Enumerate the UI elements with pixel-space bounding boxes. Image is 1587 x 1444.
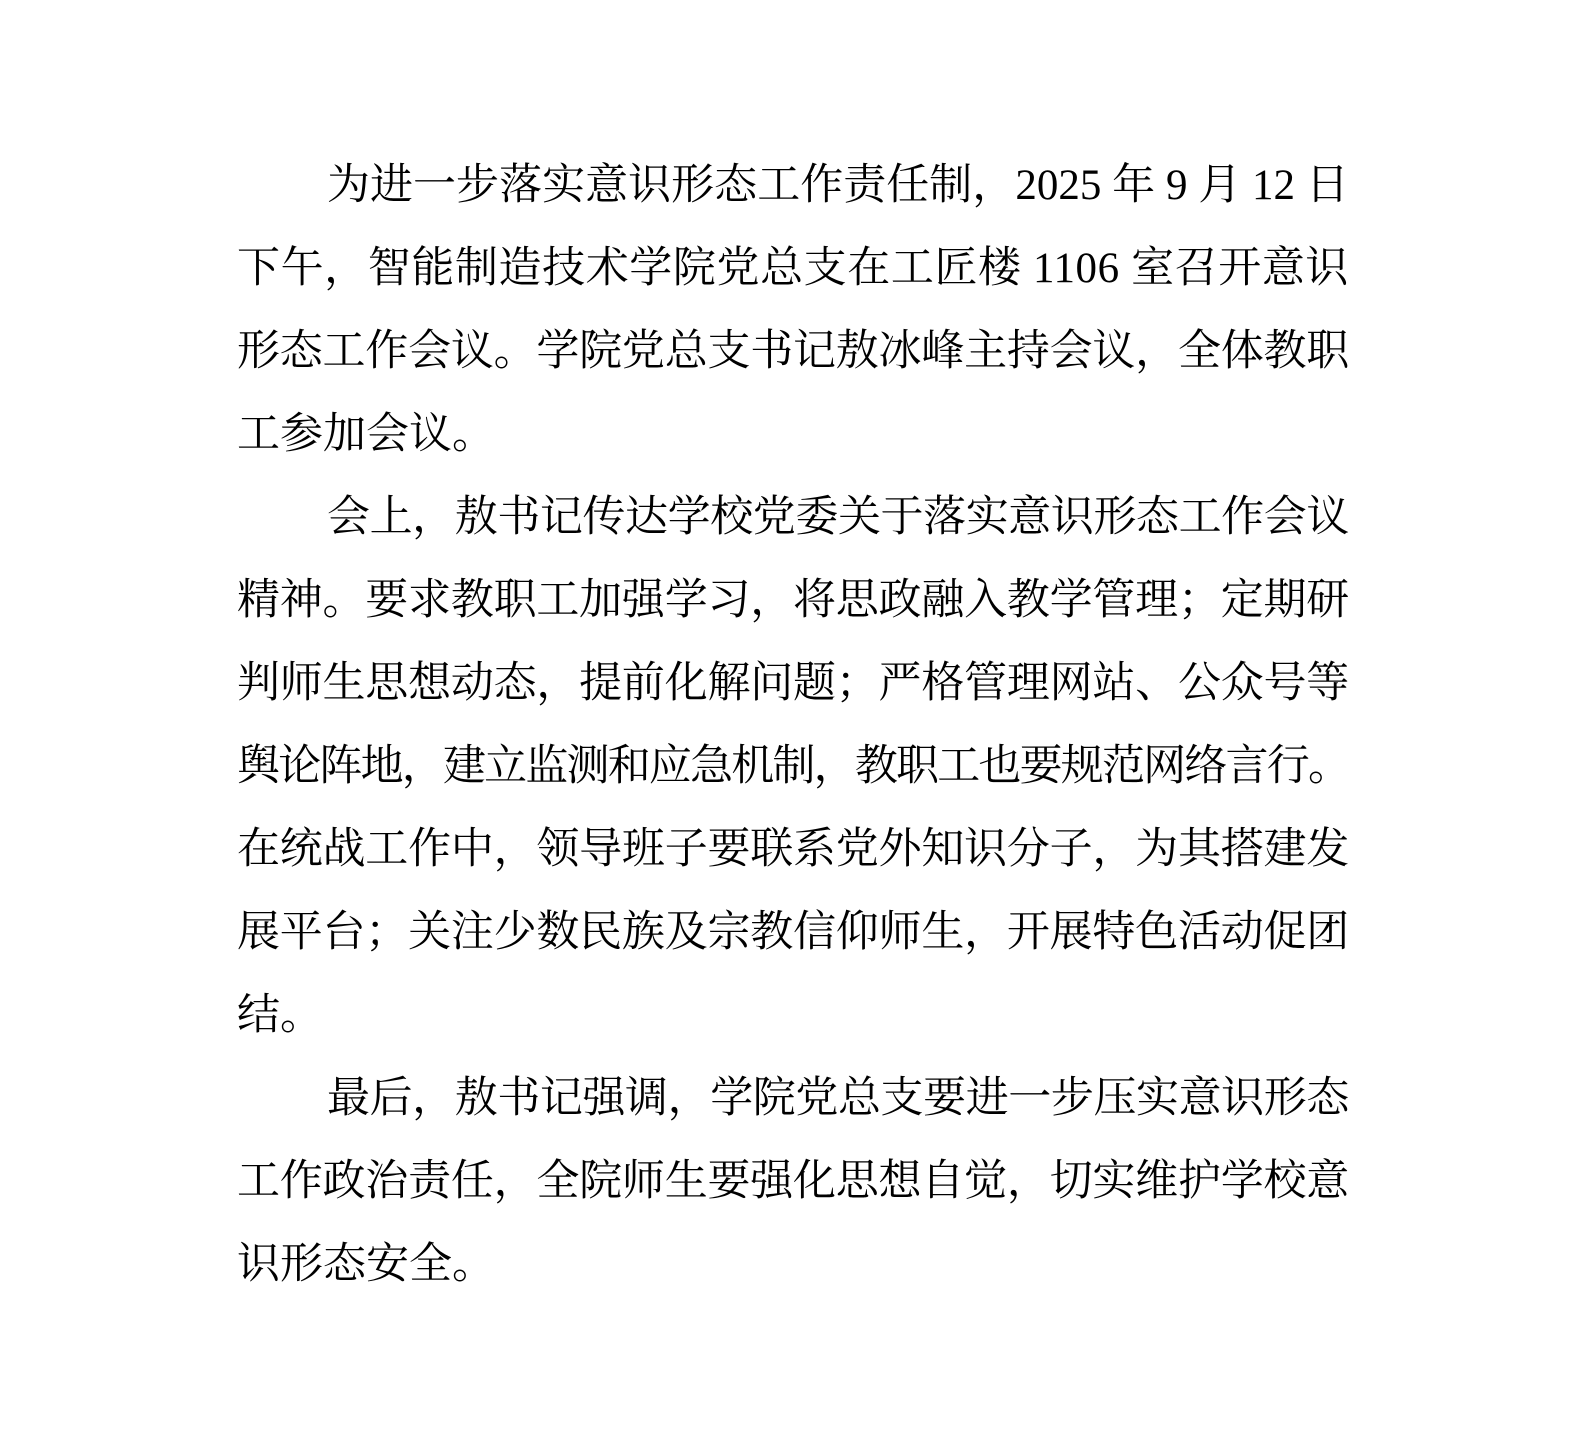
text-line: 最后，敖书记强调，学院党总支要进一步压实意识形态 [237, 1057, 1349, 1140]
text-line-content: 展平台；关注少数民族及宗教信仰师生，开展特色活动促团 [237, 909, 1349, 956]
text-line-content: 下午，智能制造技术学院党总支在工匠楼 1106 室召开意识 [237, 245, 1349, 292]
text-line: 形态工作会议。学院党总支书记敖冰峰主持会议，全体教职 [237, 310, 1349, 393]
document-page: 为进一步落实意识形态工作责任制，2025 年 9 月 12 日下午，智能制造技术… [0, 0, 1587, 1444]
text-line-content: 舆论阵地，建立监测和应急机制，教职工也要规范网络言行。 [237, 743, 1349, 790]
text-line: 判师生思想动态，提前化解问题；严格管理网站、公众号等 [237, 642, 1349, 725]
text-line-content: 为进一步落实意识形态工作责任制，2025 年 9 月 12 日 [327, 162, 1349, 209]
text-line: 为进一步落实意识形态工作责任制，2025 年 9 月 12 日 [237, 144, 1349, 227]
text-line-content: 最后，敖书记强调，学院党总支要进一步压实意识形态 [327, 1075, 1349, 1122]
paragraph: 会上，敖书记传达学校党委关于落实意识形态工作会议精神。要求教职工加强学习，将思政… [237, 476, 1349, 1057]
paragraph: 为进一步落实意识形态工作责任制，2025 年 9 月 12 日下午，智能制造技术… [237, 144, 1349, 476]
text-line: 识形态安全。 [237, 1223, 1349, 1306]
text-line-content: 形态工作会议。学院党总支书记敖冰峰主持会议，全体教职 [237, 328, 1349, 375]
text-line: 会上，敖书记传达学校党委关于落实意识形态工作会议 [237, 476, 1349, 559]
paragraph: 最后，敖书记强调，学院党总支要进一步压实意识形态工作政治责任，全院师生要强化思想… [237, 1057, 1349, 1306]
text-line-content: 会上，敖书记传达学校党委关于落实意识形态工作会议 [327, 494, 1349, 541]
text-line-content: 工参加会议。 [237, 411, 495, 458]
text-line: 在统战工作中，领导班子要联系党外知识分子，为其搭建发 [237, 808, 1349, 891]
text-line: 展平台；关注少数民族及宗教信仰师生，开展特色活动促团 [237, 891, 1349, 974]
text-line-content: 判师生思想动态，提前化解问题；严格管理网站、公众号等 [237, 660, 1349, 707]
text-line-content: 在统战工作中，领导班子要联系党外知识分子，为其搭建发 [237, 826, 1349, 873]
text-line: 舆论阵地，建立监测和应急机制，教职工也要规范网络言行。 [237, 725, 1349, 808]
text-line: 精神。要求教职工加强学习，将思政融入教学管理；定期研 [237, 559, 1349, 642]
text-line-content: 结。 [237, 992, 323, 1039]
text-line-content: 工作政治责任，全院师生要强化思想自觉，切实维护学校意 [237, 1158, 1349, 1205]
text-line: 工参加会议。 [237, 393, 1349, 476]
text-line: 下午，智能制造技术学院党总支在工匠楼 1106 室召开意识 [237, 227, 1349, 310]
text-line: 结。 [237, 974, 1349, 1057]
text-line-content: 识形态安全。 [237, 1241, 495, 1288]
text-line-content: 精神。要求教职工加强学习，将思政融入教学管理；定期研 [237, 577, 1349, 624]
text-line: 工作政治责任，全院师生要强化思想自觉，切实维护学校意 [237, 1140, 1349, 1223]
document-text: 为进一步落实意识形态工作责任制，2025 年 9 月 12 日下午，智能制造技术… [237, 144, 1349, 1306]
